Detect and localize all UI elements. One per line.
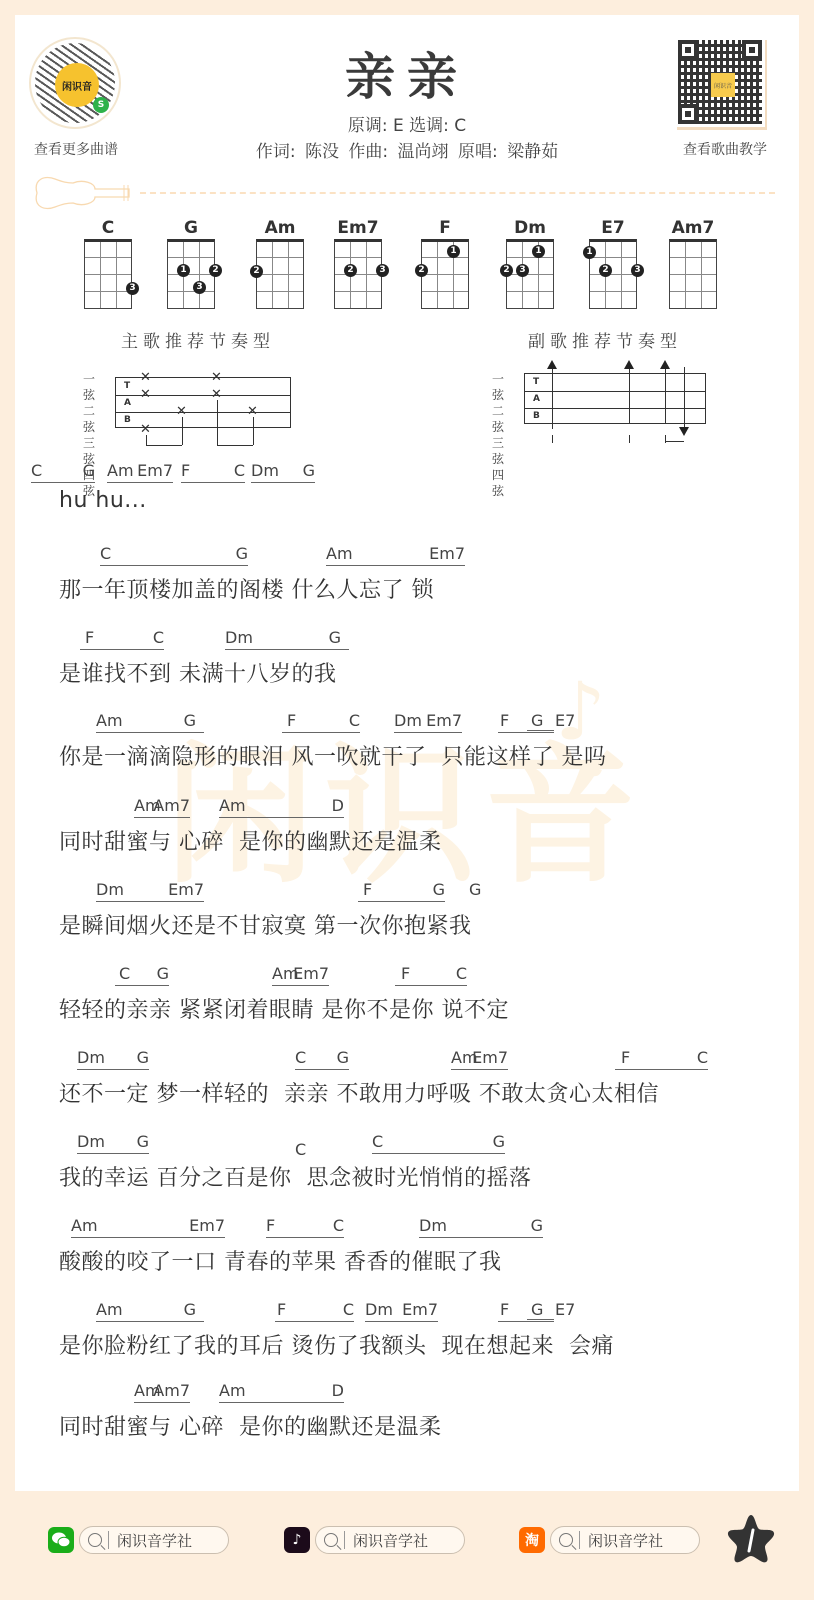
chord-diagram-c: C 3 (80, 217, 136, 309)
strum-x-mark: ✕ (140, 371, 151, 384)
strum-up-arrow-icon (624, 360, 634, 369)
lyric-text: 同时甜蜜与 心碎 是你的幽默还是温柔 (59, 1410, 441, 1441)
finger-dot: 3 (126, 282, 139, 295)
header-divider (140, 192, 775, 194)
search-icon (559, 1533, 573, 1547)
lyric-text: 是瞬间烟火还是不甘寂寞 第一次你抱紧我 (59, 909, 472, 940)
ukulele-outline-icon (31, 173, 141, 213)
finger-dot: 1 (177, 264, 190, 277)
douyin-icon: ♪ (284, 1527, 310, 1553)
lyric-text: hu hu... (59, 488, 147, 513)
qr-finder (678, 104, 698, 124)
finger-dot: 2 (599, 264, 612, 277)
qr-finder (678, 40, 698, 60)
strum-up-arrow-icon (660, 360, 670, 369)
social-douyin[interactable]: ♪ 闲识音学社 (284, 1525, 465, 1555)
finger-dot: 3 (516, 264, 529, 277)
chord-diagram-g: G 1 2 3 (163, 217, 219, 309)
qr-right-caption[interactable]: 查看歌曲教学 (665, 139, 785, 159)
wechat-search-box[interactable]: 闲识音学社 (79, 1526, 229, 1554)
string-labels: 一弦 二弦 三弦 四弦 (492, 371, 504, 499)
chord-diagram-am7: Am7 (665, 217, 721, 309)
chord-diagram-em7: Em7 2 3 (330, 217, 386, 309)
chord-sheet: 闲识音 ♪ 闲识音 S 查看更多曲谱 亲亲 原调: E 选调: C 作词: 陈没… (15, 15, 799, 1491)
lyric-text: 那一年顶楼加盖的阁楼 什么人忘了 锁 (59, 573, 434, 604)
finger-dot: 3 (193, 281, 206, 294)
strum-x-mark: ✕ (140, 388, 151, 401)
finger-dot: 2 (415, 264, 428, 277)
chord-diagram-am: Am 2 (252, 217, 308, 309)
taobao-icon: 淘 (519, 1527, 545, 1553)
taobao-search-box[interactable]: 闲识音学社 (550, 1526, 700, 1554)
lyric-text: 酸酸的咬了一口 青春的苹果 香香的催眠了我 (59, 1245, 502, 1276)
lyric-text: 轻轻的亲亲 紧紧闭着眼睛 是你不是你 说不定 (59, 993, 509, 1024)
tutorial-qr-code[interactable]: 闲识音 (675, 37, 765, 127)
wechat-icon (48, 1527, 74, 1553)
strum-up-arrow-icon (547, 360, 557, 369)
lyric-text: 是谁找不到 未满十八岁的我 (59, 657, 337, 688)
strum-down-arrow-icon (679, 427, 689, 436)
qr-finder (742, 40, 762, 60)
finger-dot: 2 (344, 264, 357, 277)
chord-diagram-e7: E7 1 2 3 (585, 217, 641, 309)
search-icon (88, 1533, 102, 1547)
finger-dot: 3 (631, 264, 644, 277)
strum-x-mark: ✕ (211, 371, 222, 384)
chord-diagram-dm: Dm 1 2 3 (502, 217, 558, 309)
finger-dot: 2 (250, 265, 263, 278)
finger-dot: 1 (583, 246, 596, 259)
chord-diagram-f: F 1 2 (417, 217, 473, 309)
finger-dot: 1 (447, 245, 460, 258)
qr-pattern: 闲识音 (678, 40, 762, 124)
chorus-strum-title: 副歌推荐节奏型 (528, 327, 682, 352)
finger-dot: 1 (532, 245, 545, 258)
brand-star-icon[interactable] (726, 1513, 776, 1563)
lyric-text: 你是一滴滴隐形的眼泪 风一吹就干了 只能这样了 是吗 (59, 740, 606, 771)
qr-logo: 闲识音 (711, 73, 735, 97)
lyric-text: 同时甜蜜与 心碎 是你的幽默还是温柔 (59, 825, 441, 856)
douyin-search-box[interactable]: 闲识音学社 (315, 1526, 465, 1554)
finger-dot: 2 (209, 264, 222, 277)
social-taobao[interactable]: 淘 闲识音学社 (519, 1525, 700, 1555)
verse-strum-title: 主歌推荐节奏型 (121, 327, 275, 352)
finger-dot: 2 (500, 264, 513, 277)
finger-dot: 3 (376, 264, 389, 277)
lyric-text: 是你脸粉红了我的耳后 烫伤了我额头 现在想起来 会痛 (59, 1329, 614, 1360)
search-icon (324, 1533, 338, 1547)
footer: 闲识音学社 ♪ 闲识音学社 淘 闲识音学社 (0, 1500, 814, 1570)
lyric-text: 我的幸运 百分之百是你 思念被时光悄悄的摇落 (59, 1161, 531, 1192)
lyric-text: 还不一定 梦一样轻的 亲亲 不敢用力呼吸 不敢太贪心太相信 (59, 1077, 659, 1108)
social-wechat[interactable]: 闲识音学社 (48, 1525, 229, 1555)
